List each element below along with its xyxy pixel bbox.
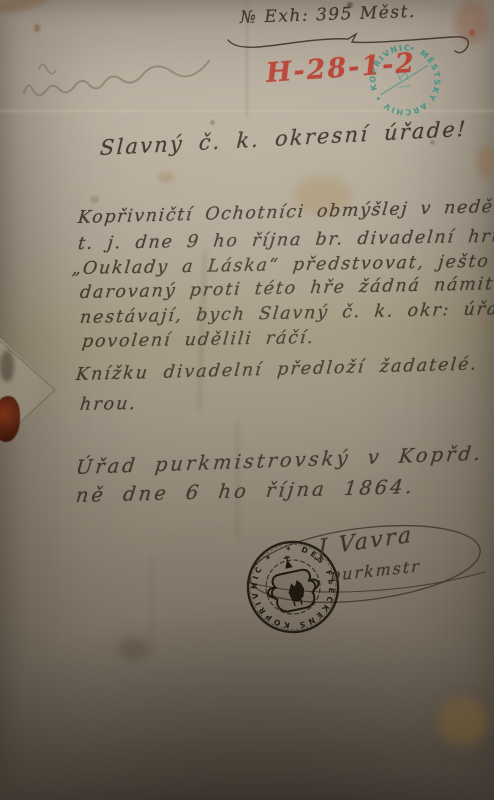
bleedthrough-streak [150, 556, 153, 651]
header-registry-number: № Exh: 395 Měst. [240, 2, 416, 28]
stain-spot [477, 146, 494, 178]
stain-spot [438, 698, 488, 746]
dateline-line: ně dne 6 ho října 1864. [75, 475, 417, 507]
stain-spot [34, 24, 40, 32]
body-line: hrou. [79, 394, 138, 415]
body-line: darovaný proti této hře žádná námitky [79, 274, 494, 303]
dateline-line: Úřad purkmistrovský v Kopřd. [75, 442, 485, 479]
body-line: nestávají, bych Slavný č. k. okr: úřad [79, 299, 494, 328]
stain-spot [90, 196, 99, 203]
body-line: Kopřivničtí Ochotníci obmýšlej v neděli [77, 197, 494, 228]
ghost-writing [9, 31, 230, 117]
body-line: Knížku divadelní předloží žadatelé. [75, 354, 479, 385]
stain-spot [210, 120, 215, 125]
body-line: povolení udělili ráčí. [81, 328, 316, 352]
salutation: Slavný č. k. okresní úřade! [99, 117, 468, 160]
body-line: t. j. dne 9 ho října br. divadelní hru [77, 227, 494, 254]
stain-spot [118, 638, 150, 660]
stamp-handwritten-mark [399, 84, 410, 89]
document-photo: № Exh: 395 Měst. • MĚSTSKÝ ARCHIV • KOPŘ… [0, 0, 494, 800]
stain-spot [158, 172, 174, 183]
stain-spot [0, 0, 55, 17]
